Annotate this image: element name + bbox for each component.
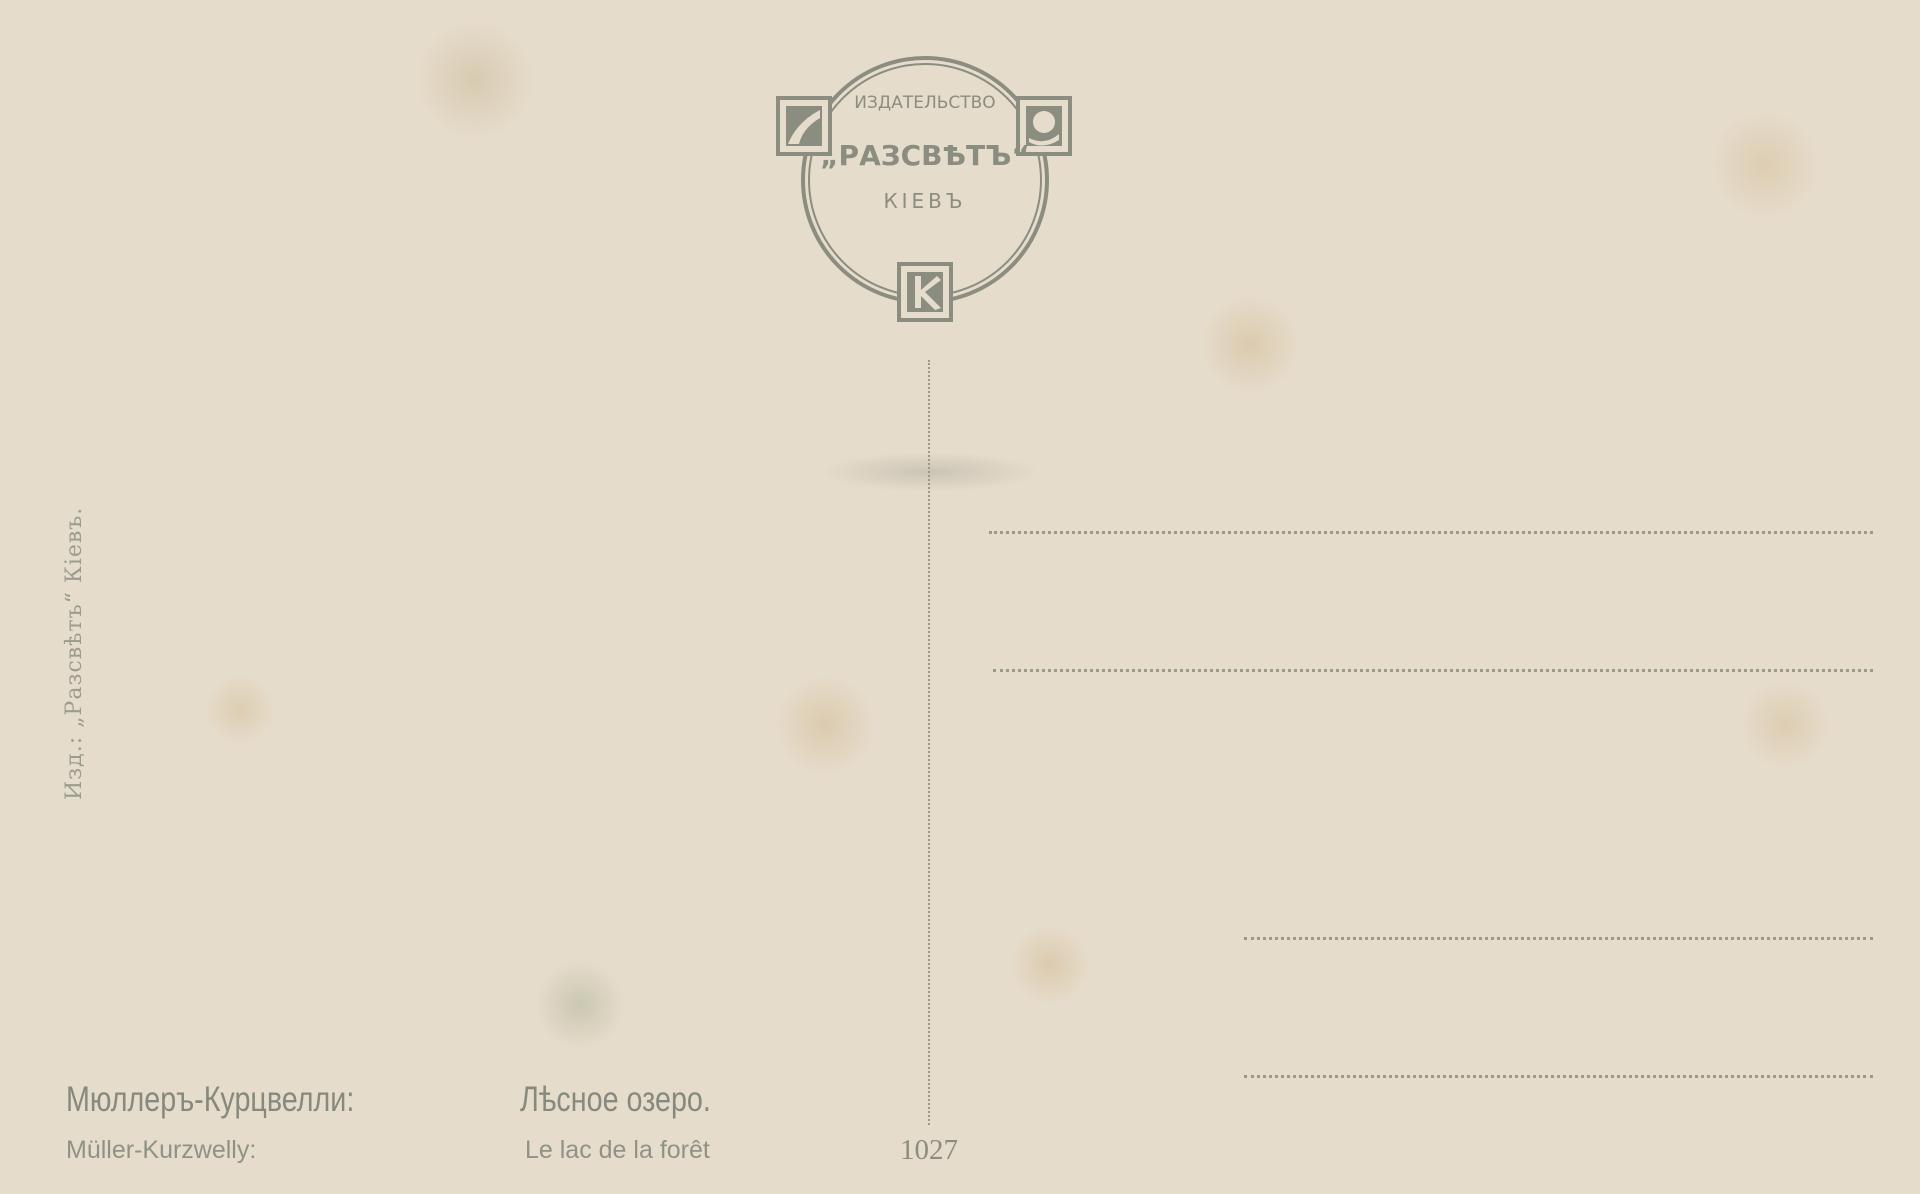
logo-emblem-icon: ИЗДАТЕЛЬСТВО „РАЗСВѢТЪ“ КІЕВЪ [775, 40, 1075, 330]
svg-text:КІЕВЪ: КІЕВЪ [883, 189, 966, 213]
svg-text:ИЗДАТЕЛЬСТВО: ИЗДАТЕЛЬСТВО [854, 93, 995, 113]
address-line-1 [989, 531, 1873, 534]
divider-line [928, 360, 930, 1125]
card-number: 1027 [900, 1134, 958, 1167]
address-line-4 [1244, 1075, 1873, 1078]
svg-text:„РАЗСВѢТЪ“: „РАЗСВѢТЪ“ [820, 139, 1030, 172]
address-line-2 [993, 669, 1873, 672]
side-imprint: Изд.: „Разсвѣтъ“ Кіевъ. [62, 507, 87, 800]
artist-name-fr: Müller-Kurzwelly: [66, 1136, 256, 1165]
artist-name-ru: Мюллеръ-Курцвелли: [66, 1080, 354, 1120]
title-ru: Лѣсное озеро. [520, 1080, 711, 1120]
address-line-3 [1244, 937, 1873, 940]
publisher-logo: ИЗДАТЕЛЬСТВО „РАЗСВѢТЪ“ КІЕВЪ [775, 40, 1075, 330]
title-fr: Le lac de la forêt [525, 1136, 710, 1165]
